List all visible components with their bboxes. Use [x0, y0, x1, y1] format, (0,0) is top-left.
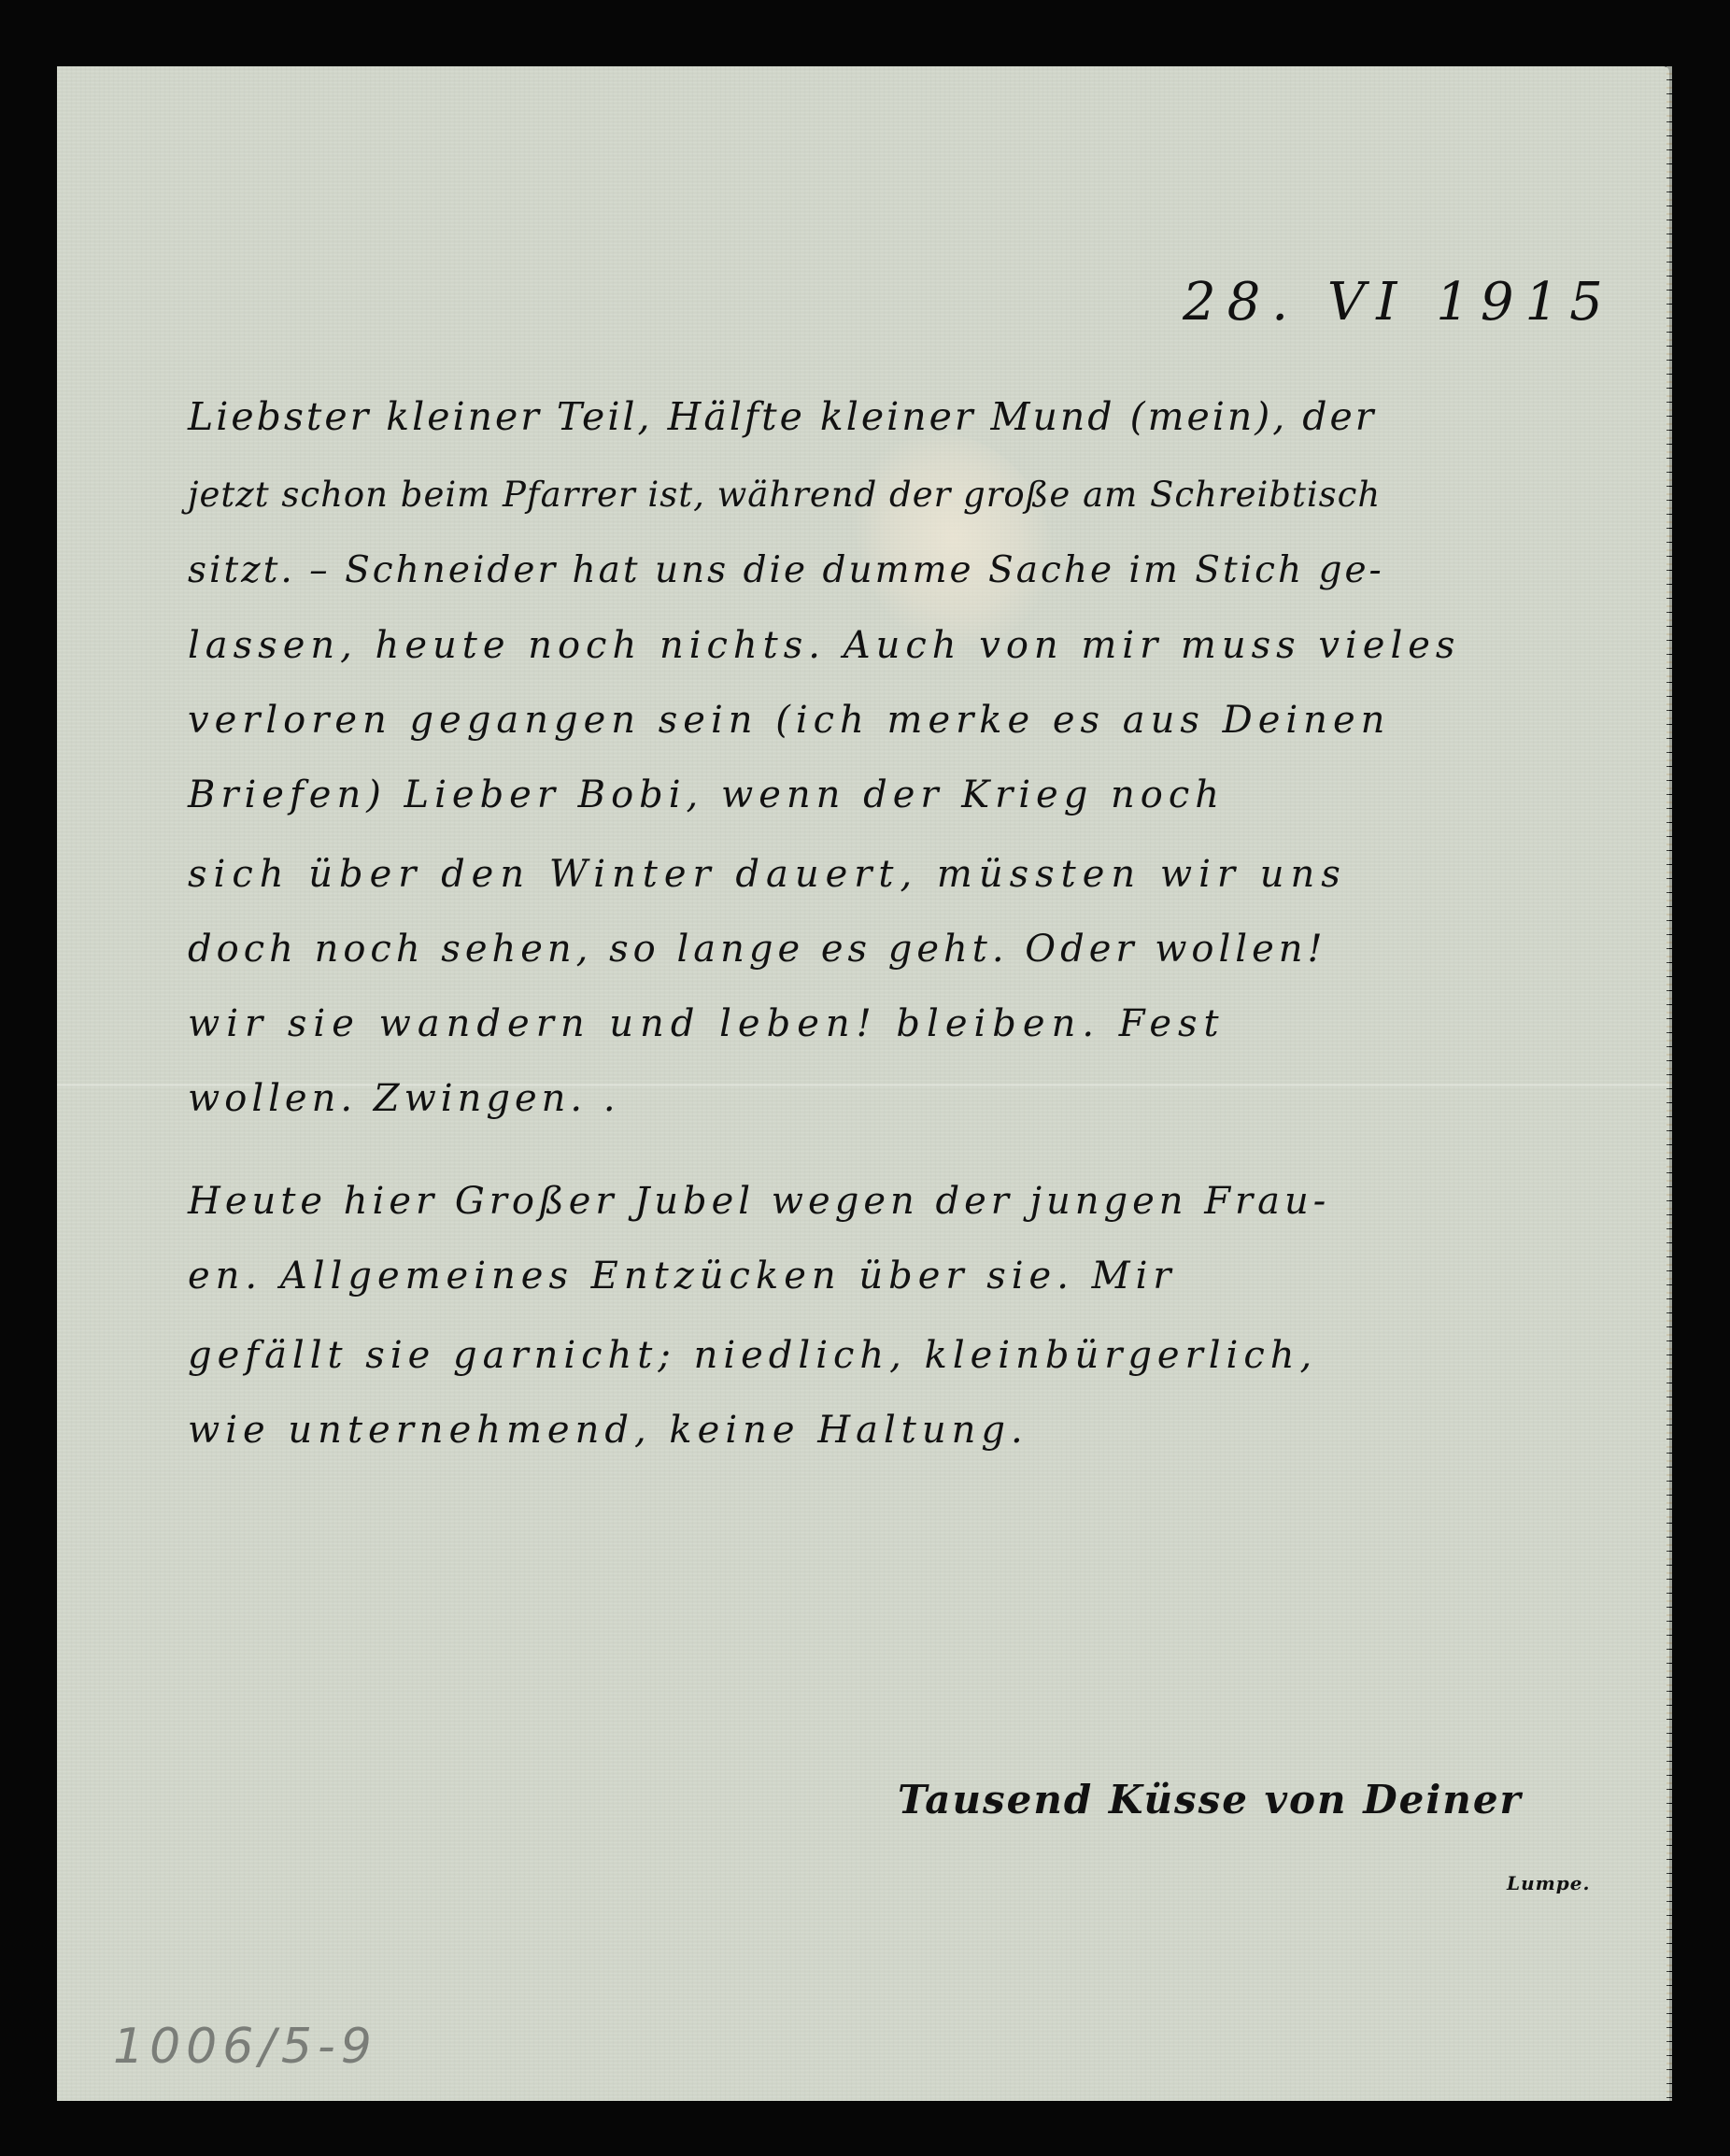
letter-line-9: wir sie wandern und leben! bleiben. Fest	[188, 1005, 1226, 1043]
letter-closing: Tausend Küsse von Deiner	[898, 1780, 1523, 1820]
letter-line-2: jetzt schon beim Pfarrer ist, während de…	[188, 477, 1381, 512]
letter-line-5: verloren gegangen sein (ich merke es aus…	[188, 702, 1390, 739]
letter-signature: Lumpe.	[1507, 1874, 1590, 1893]
letter-line-1: Liebster kleiner Teil, Hälfte kleiner Mu…	[188, 398, 1376, 436]
letter-line-4: lassen, heute noch nichts. Auch von mir …	[188, 627, 1460, 664]
letter-date: 28. VI 1915	[1183, 277, 1614, 329]
letter-line-14: wie unternehmend, keine Haltung.	[188, 1411, 1028, 1449]
archive-number: 1006/5-9	[113, 2019, 377, 2075]
letter-line-3: sitzt. – Schneider hat uns die dumme Sac…	[188, 552, 1384, 589]
letter-line-10: wollen. Zwingen. .	[188, 1080, 620, 1117]
letter-line-7: sich über den Winter dauert, müssten wir…	[188, 856, 1347, 893]
letter-line-8: doch noch sehen, so lange es geht. Oder …	[188, 930, 1327, 968]
letter-line-12: en. Allgemeines Entzücken über sie. Mir	[188, 1257, 1177, 1295]
letter-line-6: Briefen) Lieber Bobi, wenn der Krieg noc…	[188, 776, 1225, 814]
letter-line-13: gefällt sie garnicht; niedlich, kleinbür…	[188, 1337, 1317, 1374]
letter-line-11: Heute hier Großer Jubel wegen der jungen…	[188, 1183, 1330, 1220]
letter-page: 28. VI 1915 Liebster kleiner Teil, Hälft…	[57, 66, 1669, 2101]
